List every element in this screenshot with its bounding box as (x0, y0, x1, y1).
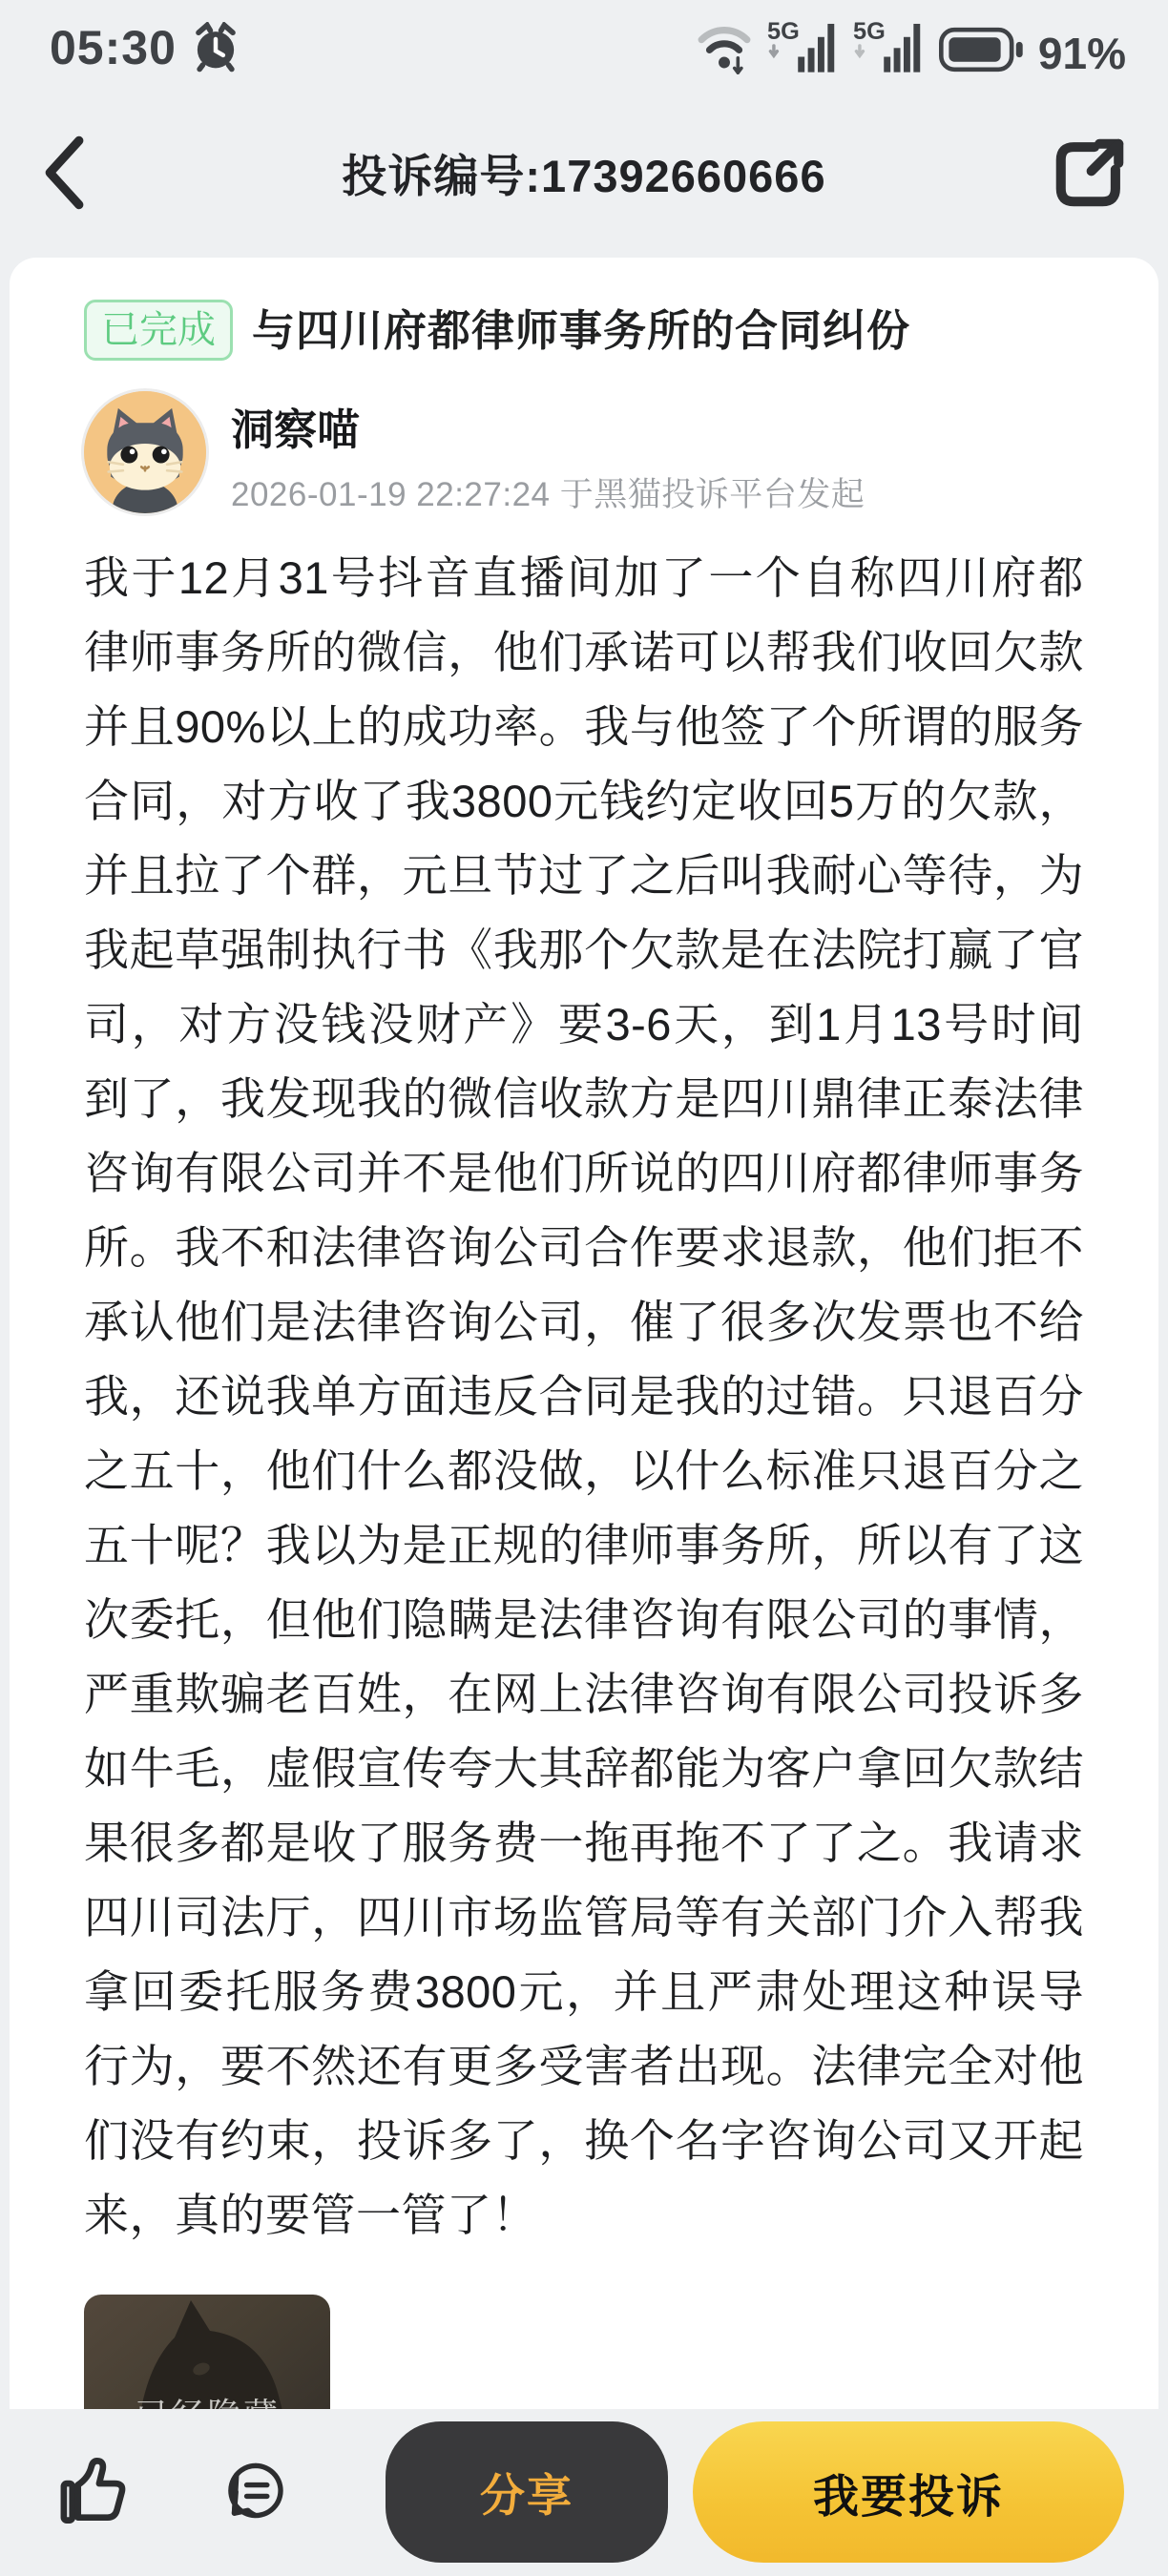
post-timestamp: 2026-01-19 22:27:24 于黑猫投诉平台发起 (231, 468, 865, 516)
title-row: 已完成 与四川府都律师事务所的合同纠份 (84, 298, 1084, 364)
attachment-hidden-label: 已经隐藏 (84, 2389, 330, 2409)
author-row: 洞察喵 2026-01-19 22:27:24 于黑猫投诉平台发起 (84, 391, 1084, 516)
status-icons: 5G 5G (695, 17, 1126, 79)
comment-button[interactable] (225, 2460, 286, 2525)
battery-icon (939, 25, 1025, 79)
like-button[interactable] (55, 2452, 132, 2533)
signal-5g-sim2-icon: 5G (853, 17, 926, 79)
back-button[interactable] (38, 132, 105, 214)
complaint-title: 与四川府都律师事务所的合同纠份 (252, 298, 910, 364)
bottom-action-bar: 分享 我要投诉 (0, 2409, 1168, 2576)
signal-5g-sim1-icon: 5G (767, 17, 840, 79)
battery-percent: 91% (1038, 28, 1126, 79)
attachment-thumbnail[interactable]: 已经隐藏 (84, 2295, 330, 2409)
nav-bar: 投诉编号:17392660666 (0, 88, 1168, 258)
complain-button[interactable]: 我要投诉 (693, 2421, 1124, 2563)
avatar[interactable] (84, 391, 206, 513)
share-button-label: 分享 (480, 2461, 574, 2524)
author-name: 洞察喵 (231, 395, 865, 457)
share-button[interactable]: 分享 (386, 2421, 668, 2563)
author-meta: 洞察喵 2026-01-19 22:27:24 于黑猫投诉平台发起 (231, 391, 865, 516)
alarm-icon (190, 22, 241, 73)
complain-button-label: 我要投诉 (813, 2460, 1004, 2525)
screen: 05:30 5G (0, 0, 1168, 2576)
complaint-body: 我于12月31号抖音直播间加了一个自称四川府都律师事务所的微信，他们承诺可以帮我… (84, 541, 1084, 2253)
status-badge: 已完成 (84, 300, 233, 361)
svg-text:5G: 5G (767, 18, 800, 45)
complaint-card: 已完成 与四川府都律师事务所的合同纠份 (10, 258, 1158, 2409)
share-icon[interactable] (1050, 133, 1130, 213)
page-title: 投诉编号:17392660666 (0, 141, 1168, 205)
svg-text:5G: 5G (853, 18, 886, 45)
wifi-icon (695, 21, 754, 79)
clock-time: 05:30 (50, 20, 177, 75)
status-bar: 05:30 5G (0, 0, 1168, 88)
